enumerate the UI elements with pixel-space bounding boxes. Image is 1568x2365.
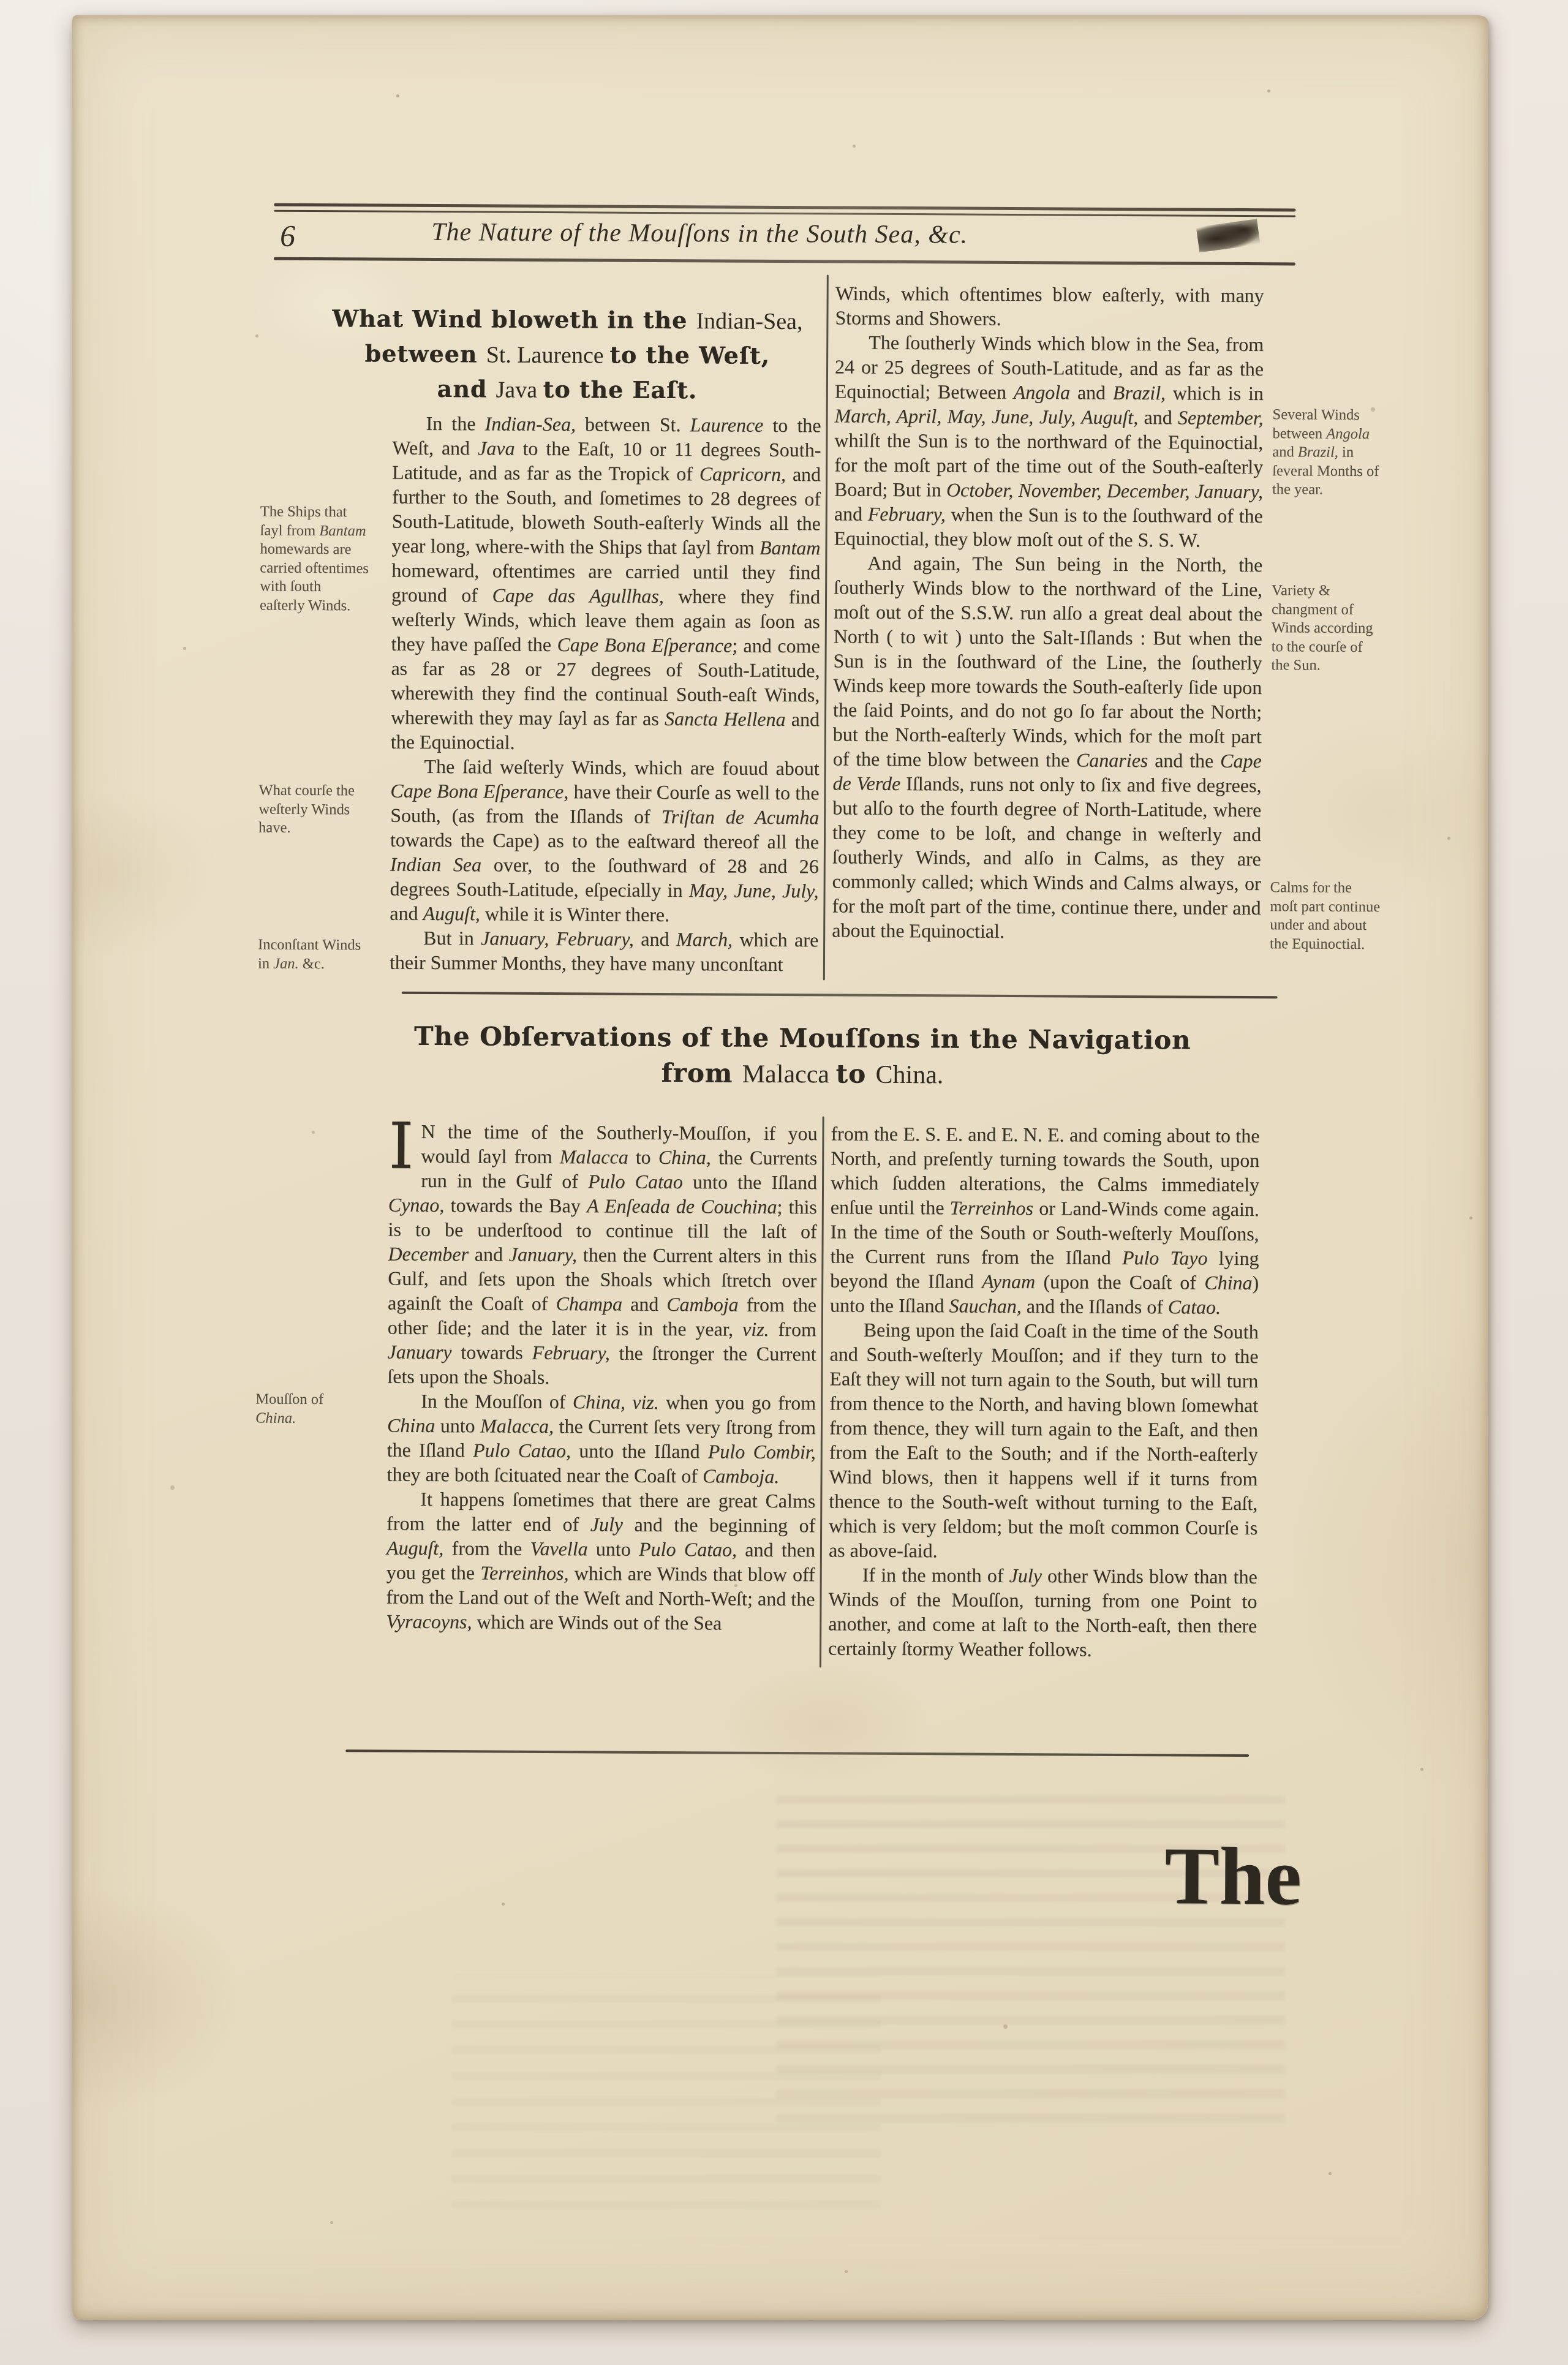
paragraph: And again, The Sun being in the North, t… <box>832 550 1262 945</box>
heading-line: What Wind bloweth in the Indian-Sea, <box>304 301 831 339</box>
paragraph: The ſaid weſterly Winds, which are fouud… <box>390 754 819 928</box>
margin-note: What courſe the weſterly Winds have. <box>258 782 367 838</box>
paragraph: It happens ſometimes that there are grea… <box>386 1487 815 1636</box>
paragraph-text: N the time of the Southerly-Mouſſon, if … <box>387 1120 817 1388</box>
catchword: The <box>1104 1828 1362 1924</box>
column-divider-rule <box>820 1116 824 1667</box>
paragraph: Being upon the ſaid Coaſt in the time of… <box>829 1317 1259 1564</box>
heading-line: from Malacca to China. <box>331 1054 1274 1095</box>
margin-note: Mouſſon of China. <box>255 1390 364 1428</box>
section1-right-column: Winds, which oftentimes blow eaſterly, w… <box>832 281 1264 945</box>
paragraph: IN the time of the Southerly-Mouſſon, if… <box>387 1119 817 1391</box>
footer-rule <box>345 1749 1249 1757</box>
margin-note: The Ships that ſayl from Bantam homeward… <box>260 503 369 616</box>
page-content: 6 The Nature of the Mouſſons in the Sout… <box>61 15 1489 2326</box>
paragraph: But in January, February, and March, whi… <box>390 926 818 977</box>
paragraph: The ſoutherly Winds which blow in the Se… <box>834 330 1264 553</box>
heading-line: between St. Laurence to the Weſt, <box>304 336 831 374</box>
header-rule-bottom <box>274 257 1295 266</box>
paragraph: In the Indian-Sea, between St. Laurence … <box>391 411 821 756</box>
section2-right-column: from the E. S. E. and E. N. E. and comin… <box>828 1121 1260 1662</box>
paragraph: In the Mouſſon of China, viz. when you g… <box>386 1389 816 1489</box>
paragraph: from the E. S. E. and E. N. E. and comin… <box>830 1121 1260 1319</box>
margin-note: Calms for the moſt part continue under a… <box>1270 878 1383 954</box>
margin-note: Inconſtant Winds in Jan. &c. <box>258 936 367 974</box>
section2-left-column: IN the time of the Southerly-Mouſſon, if… <box>386 1119 817 1636</box>
paper-sheet: 6 The Nature of the Mouſſons in the Sout… <box>72 15 1488 2320</box>
section-separator-rule <box>402 992 1278 998</box>
section1-heading: What Wind bloweth in the Indian-Sea, bet… <box>304 301 831 409</box>
section1-left-column: In the Indian-Sea, between St. Laurence … <box>390 411 821 977</box>
section2-heading: The Obſervations of the Mouſſons in the … <box>331 1018 1275 1095</box>
drop-cap: I <box>388 1119 421 1172</box>
header-rule-top-inner <box>274 210 1295 217</box>
heading-line: The Obſervations of the Mouſſons in the … <box>331 1018 1274 1058</box>
margin-note: Several Winds between Angola and Brazil,… <box>1272 405 1385 499</box>
running-title: The Nature of the Mouſſons in the South … <box>314 217 1085 251</box>
ink-blot <box>1196 219 1261 252</box>
margin-note: Variety & changment of Winds according t… <box>1271 581 1384 675</box>
paragraph: Winds, which oftentimes blow eaſterly, w… <box>835 281 1264 332</box>
paragraph: If in the month of July other Winds blow… <box>828 1562 1257 1662</box>
page-number: 6 <box>280 218 295 254</box>
heading-line: and Java to the Eaſt. <box>304 371 831 409</box>
